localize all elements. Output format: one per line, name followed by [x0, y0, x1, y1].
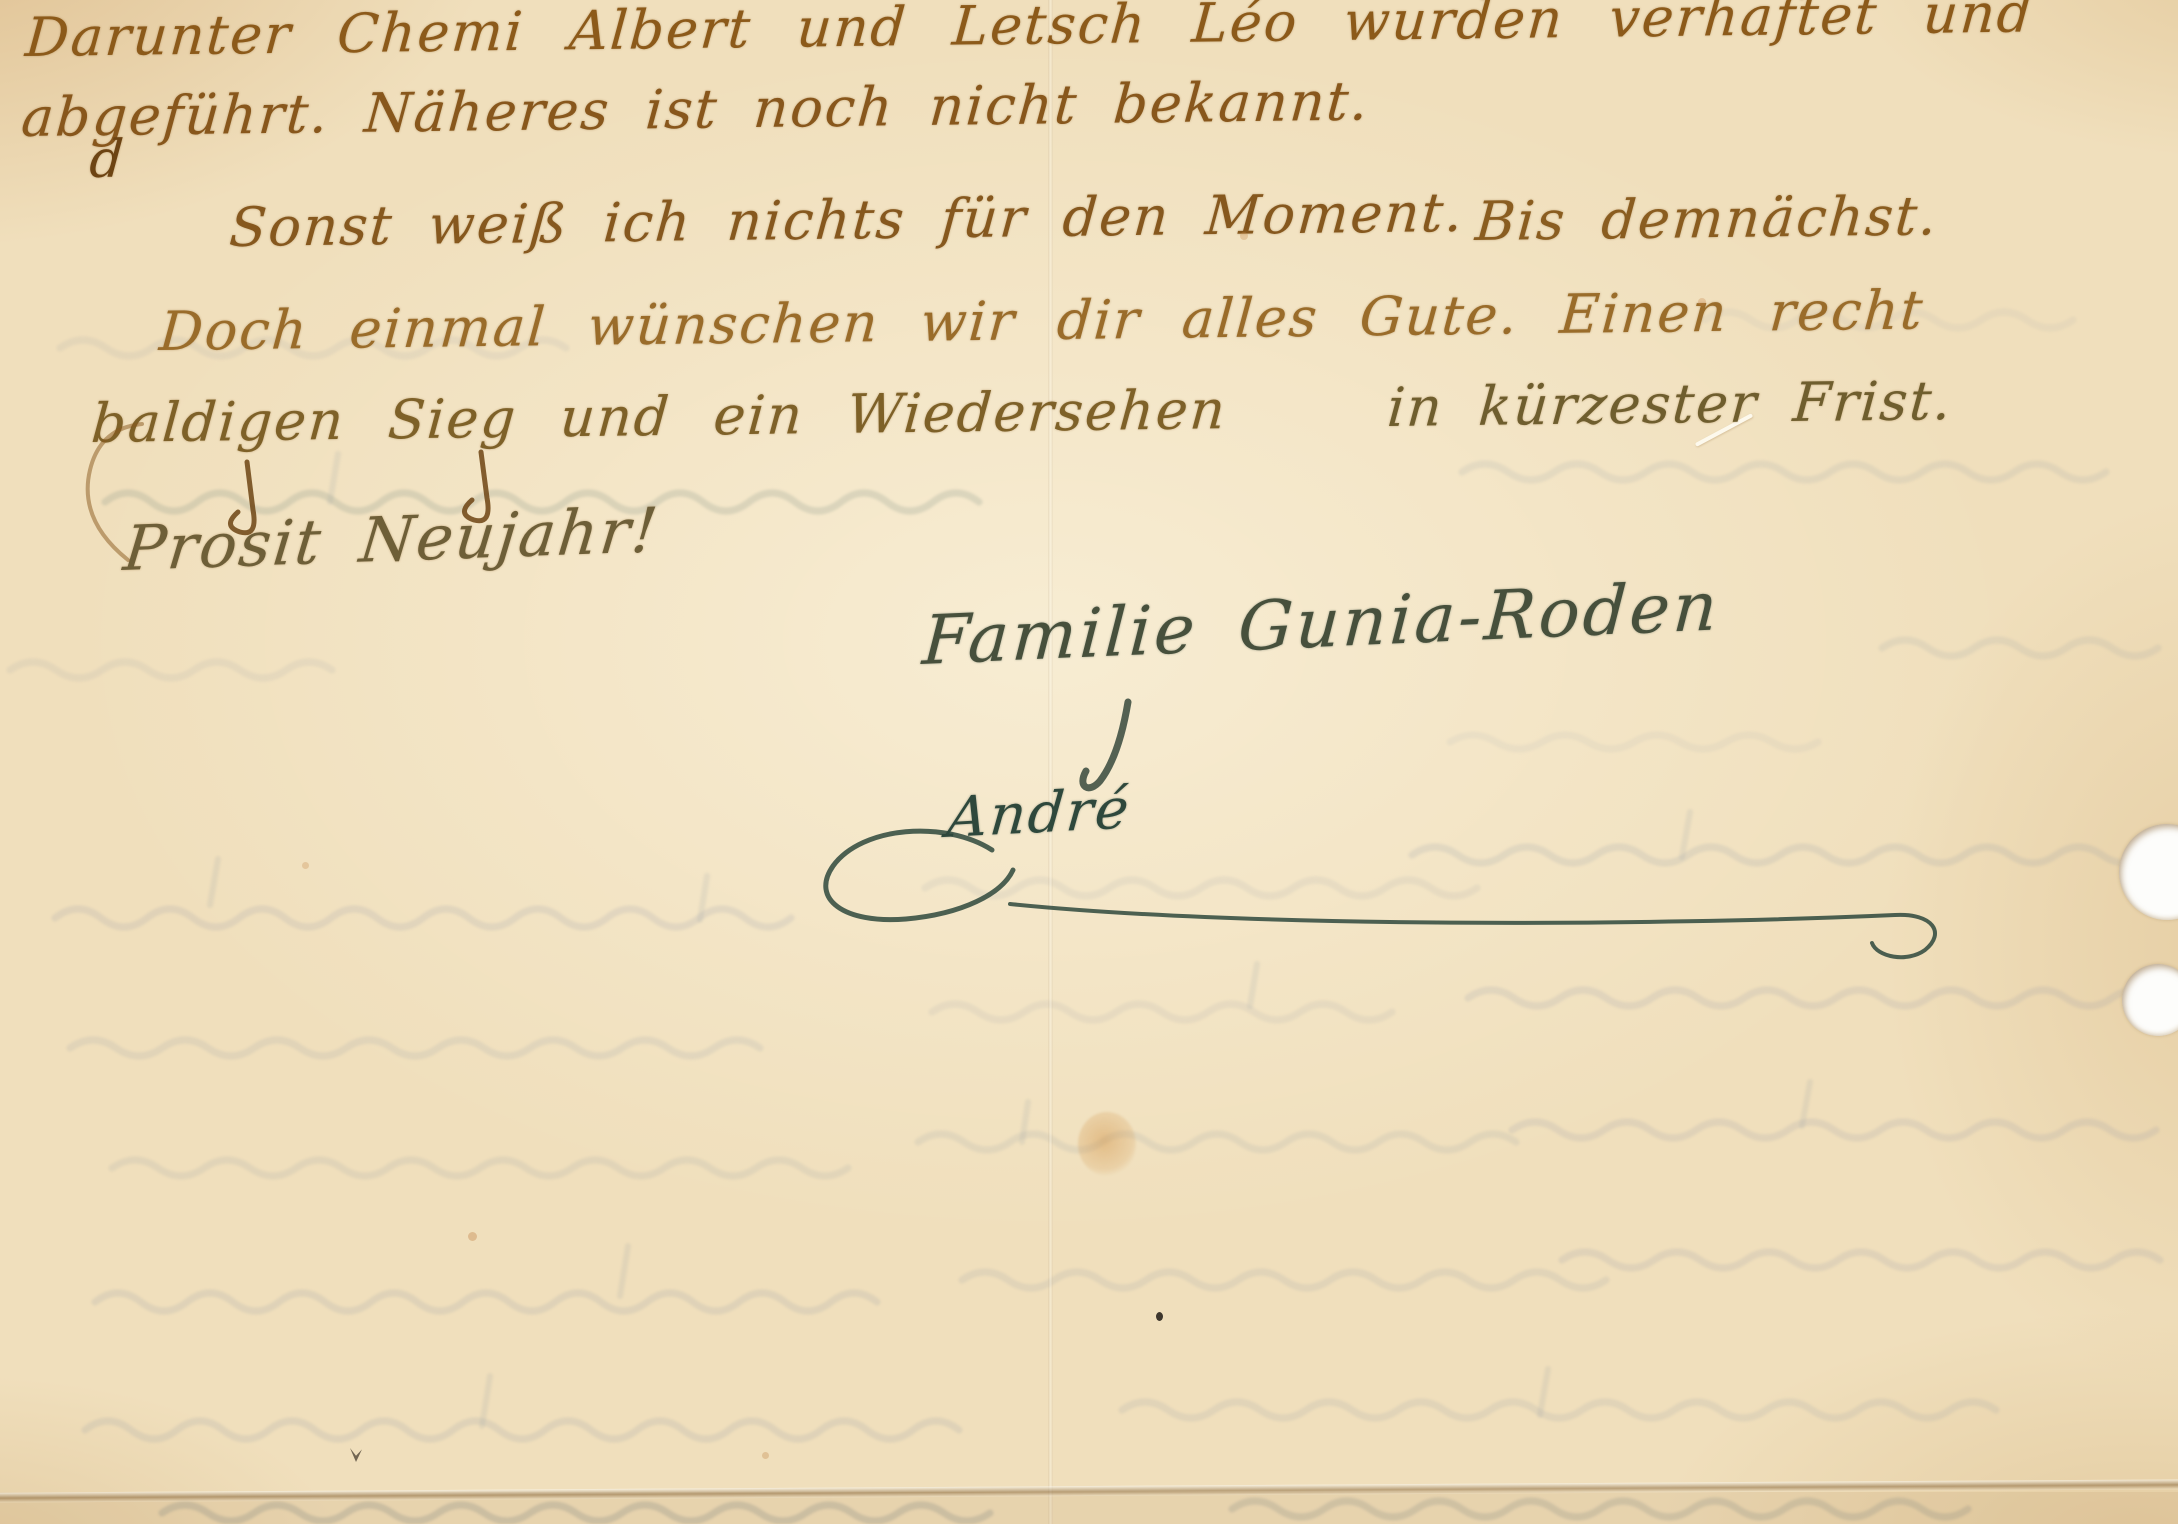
signature-flourish: [0, 0, 2178, 1524]
freckle: [1240, 232, 1248, 240]
ink-dot: [1156, 1312, 1163, 1321]
freckle: [1698, 298, 1706, 306]
freckle: [762, 1452, 769, 1459]
letter-scan-page: Darunter Chemi Albert und Letsch Léo wur…: [0, 0, 2178, 1524]
freckle: [302, 862, 309, 869]
stain: [1078, 1112, 1136, 1176]
freckle: [468, 1232, 477, 1241]
